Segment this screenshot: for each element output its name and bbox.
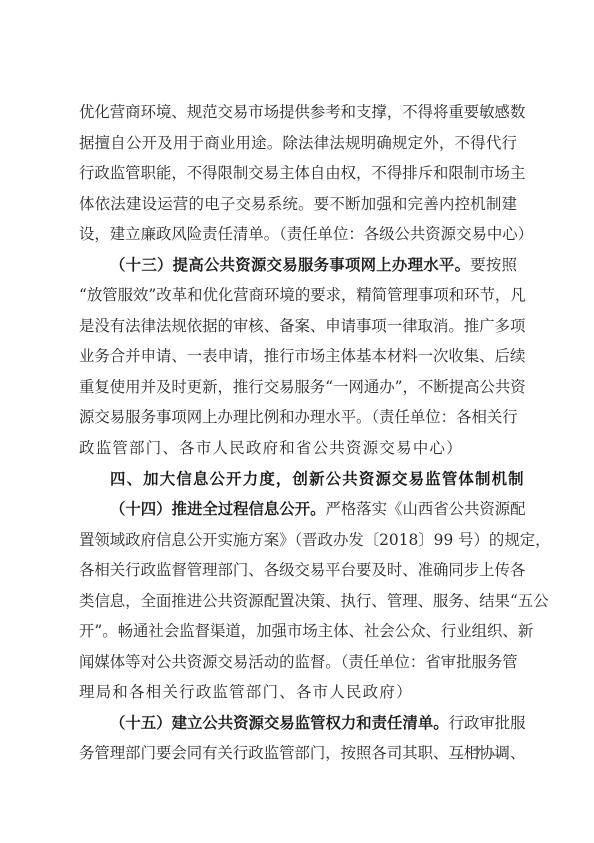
- text-line: 据擅自公开及用于商业用途。除法律法规明确规定外，不得代行: [79, 128, 517, 159]
- text-line: 政监管部门、各市人民政府和省公共资源交易中心）: [79, 433, 517, 464]
- section-heading: 四、加大信息公开力度，创新公共资源交易监管体制机制: [79, 464, 517, 495]
- text-line: 体依法建设运营的电子交易系统。要不断加强和完善内控机制建: [79, 189, 517, 220]
- text-line: 业务合并申请、一表申请，推行市场主体基本材料一次收集、后续: [79, 341, 517, 372]
- text-line: 源交易服务事项网上办理比例和办理水平。（责任单位：各相关行: [79, 402, 517, 433]
- text-line: 类信息，全面推进公共资源配置决策、执行、管理、服务、结果“五公: [79, 586, 517, 617]
- text-line: 各相关行政监督管理部门、各级交易平台要及时、准确同步上传各: [79, 555, 517, 586]
- text-span: 行政审批服: [449, 714, 526, 732]
- text-line: 开”。畅通社会监督渠道，加强市场主体、社会公众、行业组织、新: [79, 616, 517, 647]
- text-line: 重复使用并及时更新，推行交易服务“一网通办”，不断提高公共资: [79, 372, 517, 403]
- text-line: “放管服效”改革和优化营商环境的要求，精简管理事项和环节，凡: [79, 280, 517, 311]
- item-15-first-line: （十五）建立公共资源交易监管权力和责任清单。行政审批服: [79, 708, 517, 739]
- text-line: 是没有法律法规依据的审核、备案、申请事项一律取消。推广多项: [79, 311, 517, 342]
- item-13-first-line: （十三）提高公共资源交易服务事项网上办理水平。要按照: [79, 250, 517, 281]
- text-line: 理局和各相关行政监管部门、各市人民政府）: [79, 677, 517, 708]
- text-line: 闻媒体等对公共资源交易活动的监督。（责任单位：省审批服务管: [79, 647, 517, 678]
- text-span: 要按照: [470, 256, 517, 274]
- item-13-title: （十三）提高公共资源交易服务事项网上办理水平。: [110, 256, 470, 274]
- text-line: 行政监管职能，不得限制交易主体自由权，不得排斥和限制市场主: [79, 158, 517, 189]
- item-15-title: （十五）建立公共资源交易监管权力和责任清单。: [110, 714, 449, 732]
- text-span: 严格落实《山西省公共资源配: [325, 500, 525, 518]
- item-14-first-line: （十四）推进全过程信息公开。严格落实《山西省公共资源配: [79, 494, 517, 525]
- text-line: 优化营商环境、规范交易市场提供参考和支撑，不得将重要敏感数: [79, 97, 517, 128]
- text-line: 设，建立廉政风险责任清单。（责任单位：各级公共资源交易中心）: [79, 219, 517, 250]
- item-14-title: （十四）推进全过程信息公开。: [110, 500, 325, 518]
- text-line: 置领域政府信息公开实施方案》（晋政办发〔2018〕99 号）的规定，: [79, 525, 517, 556]
- document-page: 优化营商环境、规范交易市场提供参考和支撑，不得将重要敏感数 据擅自公开及用于商业…: [79, 97, 517, 769]
- page-number: — 7 —: [450, 747, 506, 763]
